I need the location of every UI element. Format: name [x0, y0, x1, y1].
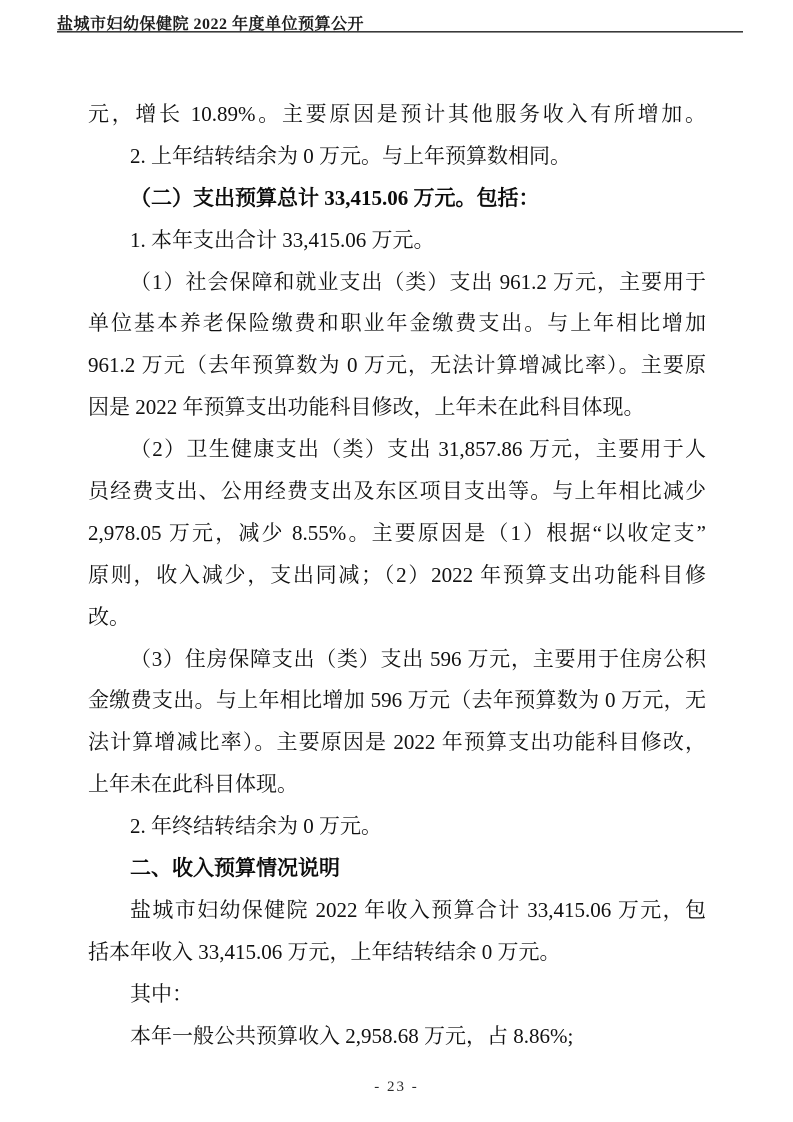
text-line: （3）住房保障支出（类）支出 596 万元，主要用于住房公积 [88, 639, 706, 681]
text-line: 盐城市妇幼保健院 2022 年收入预算合计 33,415.06 万元，包 [88, 890, 706, 932]
text-line: 金缴费支出。与上年相比增加 596 万元（去年预算数为 0 万元，无 [88, 680, 706, 722]
text-line: （2）卫生健康支出（类）支出 31,857.86 万元，主要用于人 [88, 429, 706, 471]
text-line: 1. 本年支出合计 33,415.06 万元。 [88, 220, 706, 262]
text-line: 2. 上年结转结余为 0 万元。与上年预算数相同。 [88, 136, 706, 178]
text-line: （二）支出预算总计 33,415.06 万元。包括： [88, 178, 706, 220]
document-body: 元，增长 10.89%。主要原因是预计其他服务收入有所增加。2. 上年结转结余为… [88, 94, 706, 1057]
text-line: 括本年收入 33,415.06 万元，上年结转结余 0 万元。 [88, 932, 706, 974]
text-line: 法计算增减比率）。主要原因是 2022 年预算支出功能科目修改， [88, 722, 706, 764]
text-line: 上年未在此科目体现。 [88, 764, 706, 806]
text-line: 二、收入预算情况说明 [88, 848, 706, 890]
text-line: 元，增长 10.89%。主要原因是预计其他服务收入有所增加。 [88, 94, 706, 136]
page-number: - 23 - [0, 1079, 793, 1096]
text-line: 2,978.05 万元，减少 8.55%。主要原因是（1）根据“以收定支” [88, 513, 706, 555]
text-line: 改。 [88, 597, 706, 639]
text-line: 原则，收入减少，支出同减；（2）2022 年预算支出功能科目修 [88, 555, 706, 597]
text-line: 单位基本养老保险缴费和职业年金缴费支出。与上年相比增加 [88, 303, 706, 345]
document-page: 盐城市妇幼保健院 2022 年度单位预算公开 元，增长 10.89%。主要原因是… [0, 0, 793, 1122]
text-line: 本年一般公共预算收入 2,958.68 万元，占 8.86%; [88, 1016, 706, 1058]
text-line: 员经费支出、公用经费支出及东区项目支出等。与上年相比减少 [88, 471, 706, 513]
text-line: 961.2 万元（去年预算数为 0 万元，无法计算增减比率）。主要原 [88, 345, 706, 387]
header-divider [57, 31, 743, 33]
text-line: 因是 2022 年预算支出功能科目修改，上年未在此科目体现。 [88, 387, 706, 429]
text-line: 2. 年终结转结余为 0 万元。 [88, 806, 706, 848]
text-line: 其中： [88, 974, 706, 1016]
text-line: （1）社会保障和就业支出（类）支出 961.2 万元，主要用于 [88, 262, 706, 304]
